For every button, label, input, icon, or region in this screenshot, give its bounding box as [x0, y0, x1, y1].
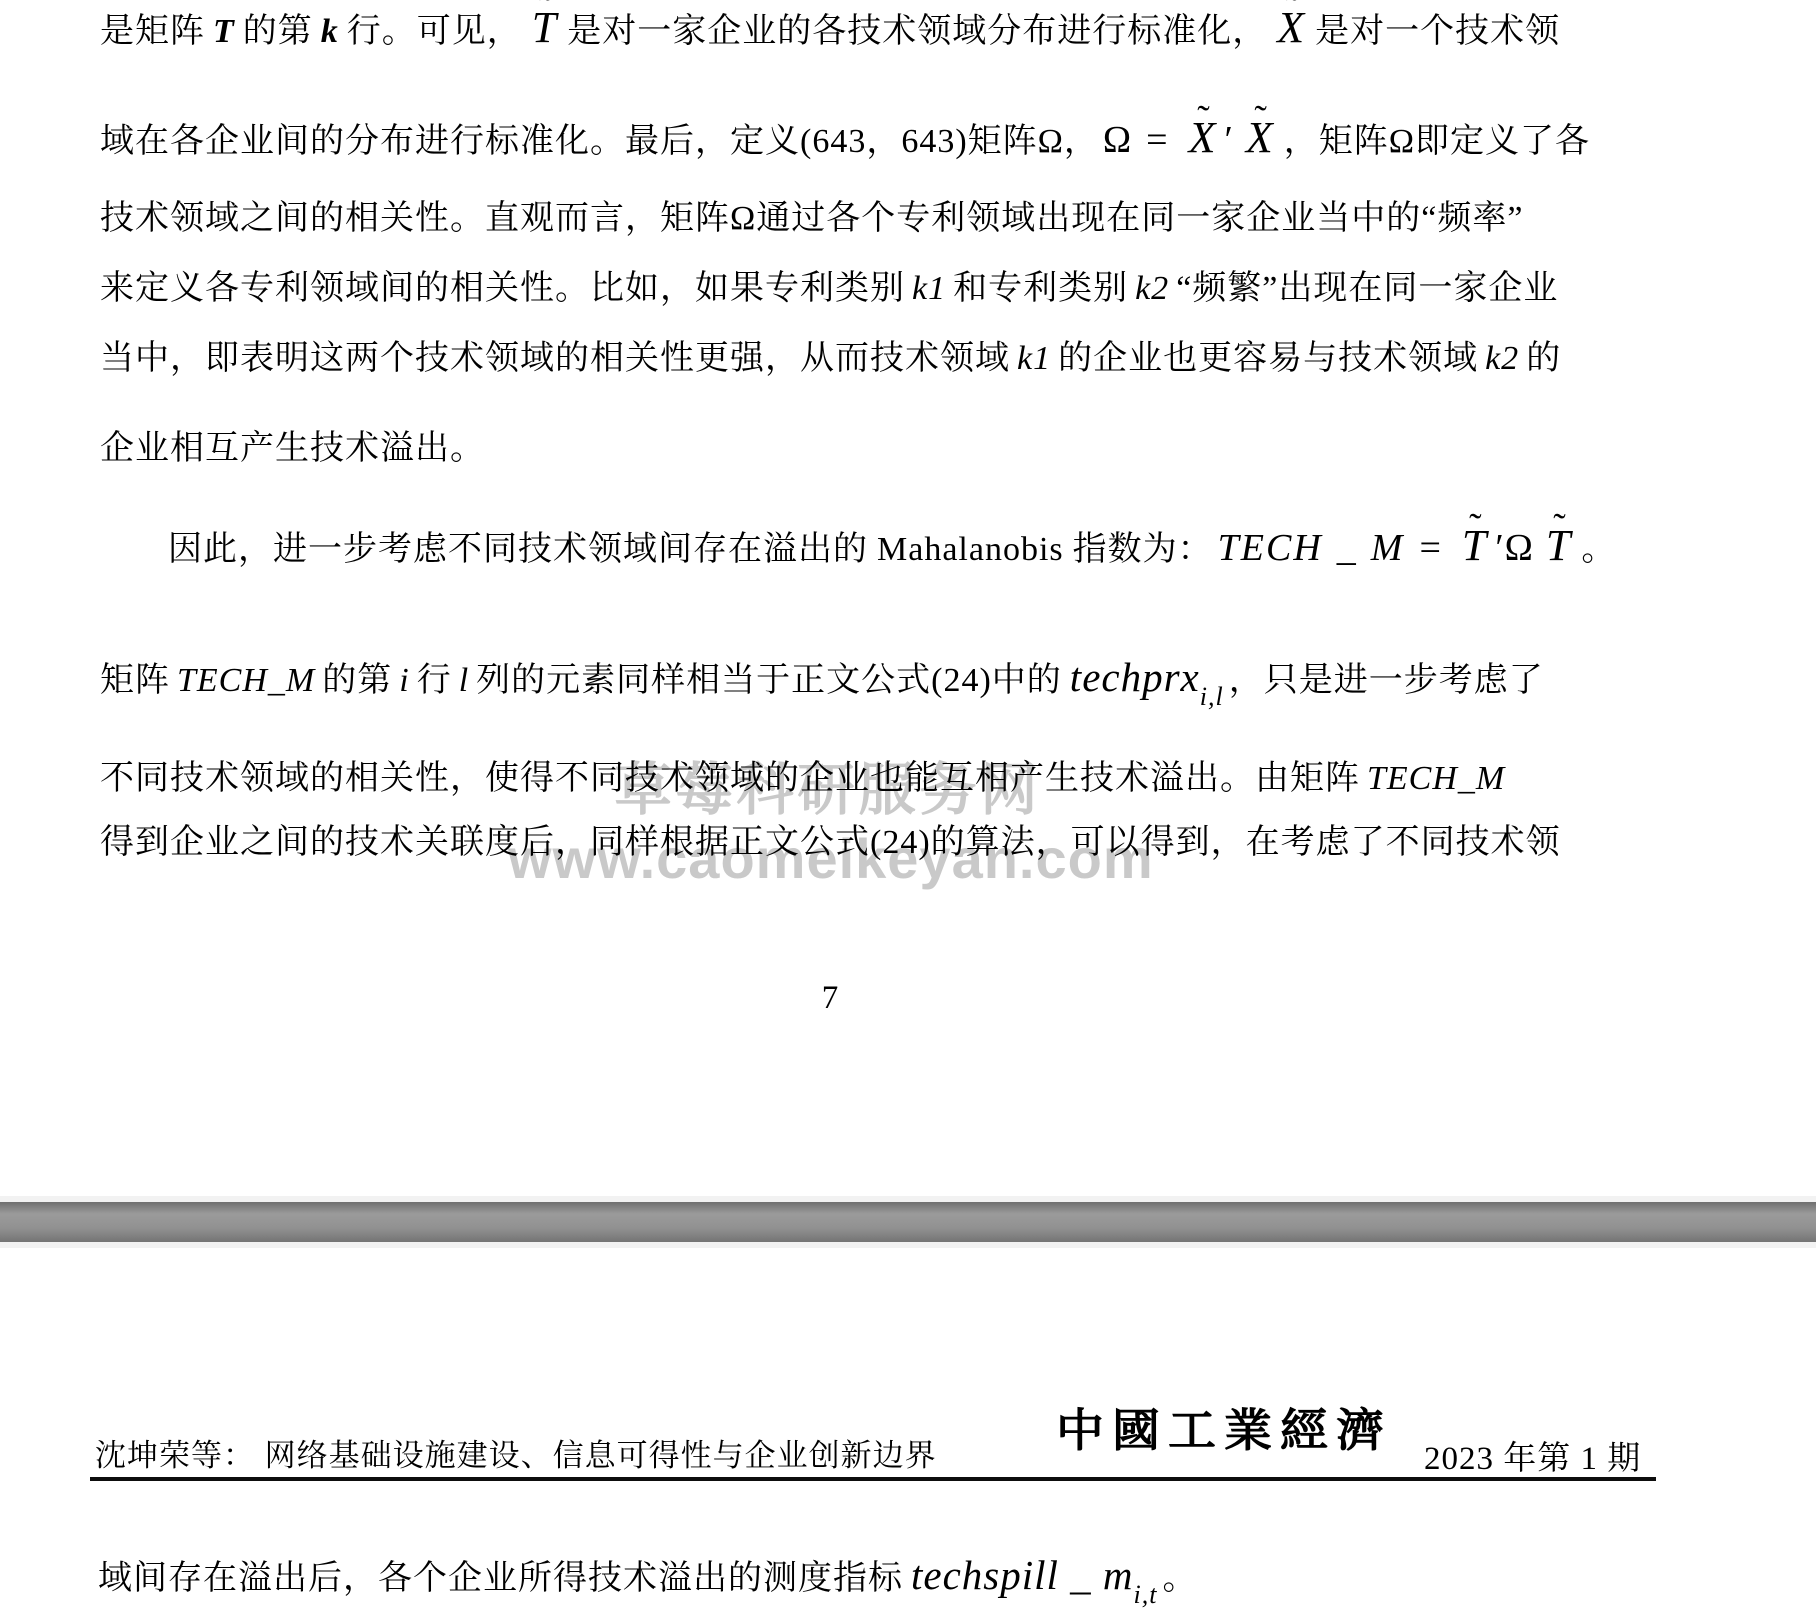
- body-text-line-3: 技术领域之间的相关性。直观而言，矩阵Ω通过各个专利领域出现在同一家企业当中的“频…: [100, 198, 1523, 241]
- footer-rule: [90, 1477, 1656, 1481]
- body-text-line-8: 矩阵TECH_M的第i行l列的元素同样相当于正文公式(24)中的techprxi…: [100, 652, 1544, 714]
- body-text-line-9: 不同技术领域的相关性，使得不同技术领域的企业也能互相产生技术溢出。由矩阵TECH…: [100, 758, 1512, 801]
- running-title: 沈坤荣等： 网络基础设施建设、信息可得性与企业创新边界: [95, 1430, 937, 1475]
- body-text-line-11: 域间存在溢出后，各个企业所得技术溢出的测度指标techspill _ mi,t。: [98, 1550, 1197, 1612]
- page-number: 7: [780, 980, 880, 1017]
- body-text-line-2: 域在各企业间的分布进行标准化。最后，定义(643，643)矩阵Ω，Ω=˜X′˜X…: [100, 116, 1590, 165]
- body-text-line-5: 当中，即表明这两个技术领域的相关性更强，从而技术领域k1的企业也更容易与技术领域…: [100, 338, 1561, 381]
- journal-logo: 中國工業經濟: [1056, 1394, 1392, 1460]
- page-separator-bar: [0, 1202, 1816, 1242]
- body-text-line-10: 得到企业之间的技术关联度后，同样根据正文公式(24)的算法，可以得到，在考虑了不…: [100, 822, 1561, 865]
- body-text-line-1: 是矩阵T的第k行。可见，˜T是对一家企业的各技术领域分布进行标准化，˜X是对一个…: [100, 6, 1560, 54]
- page-separator: [0, 1196, 1816, 1248]
- document-page: 草莓科研服务网 www.caomeikeyan.com 是矩阵T的第k行。可见，…: [0, 0, 1816, 1624]
- body-text-line-4: 来定义各专利领域间的相关性。比如，如果专利类别k1和专利类别k2“频繁”出现在同…: [100, 268, 1558, 311]
- body-text-line-7: 因此，进一步考虑不同技术领域间存在溢出的Mahalanobis指数为：TECH_…: [168, 524, 1616, 573]
- issue-label: 2023 年第 1 期: [1424, 1432, 1641, 1479]
- body-text-line-6: 企业相互产生技术溢出。: [100, 428, 485, 471]
